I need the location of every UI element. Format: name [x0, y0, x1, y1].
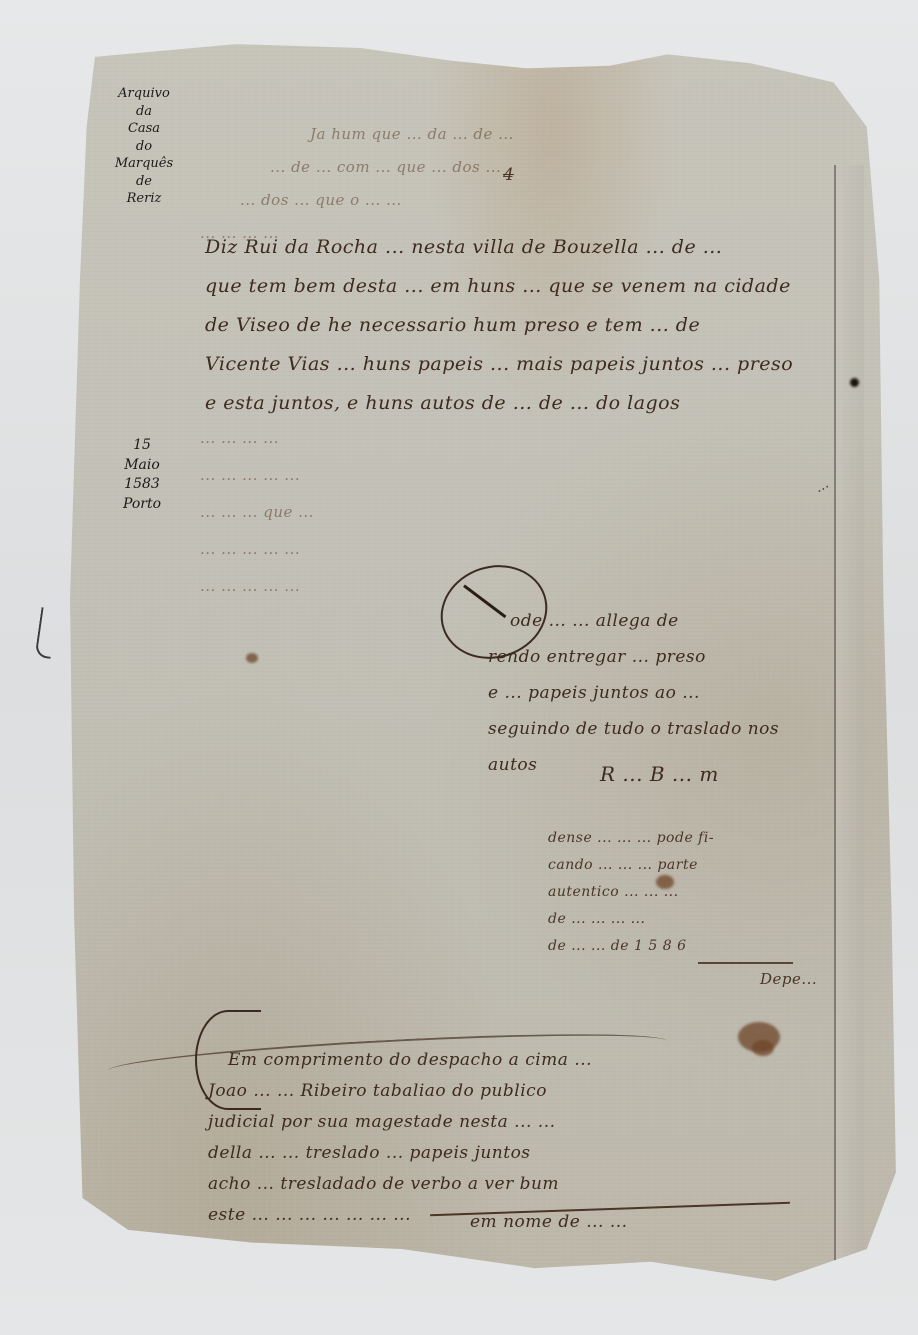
archive-label-line: da	[104, 103, 184, 121]
petition-line: e esta juntos, e huns autos de ... de ..…	[205, 384, 793, 423]
folio-number: 4	[503, 165, 514, 185]
note-text: dense ... ... ... pode fi- cando ... ...…	[548, 825, 714, 960]
place-name: Porto	[100, 495, 184, 515]
bleedthrough-line: ... ... ... ... ...	[200, 568, 314, 605]
archive-label: Arquivo da Casa do Marquês de Reriz	[104, 85, 184, 208]
archive-label-line: Reriz	[104, 190, 184, 208]
certificate-line: Joao ... ... Ribeiro tabaliao do publico	[208, 1076, 592, 1107]
date-day: 15	[100, 436, 184, 456]
certificate-signature: em nome de ... ...	[470, 1212, 628, 1232]
certificate-line: della ... ... treslado ... papeis juntos	[208, 1138, 592, 1169]
ink-stain	[246, 653, 258, 663]
bleedthrough-line: ... ... ... ... ...	[200, 457, 314, 494]
note-line: cando ... ... ... parte	[548, 852, 714, 879]
petition-line: Vicente Vias ... huns papeis ... mais pa…	[205, 345, 793, 384]
header-line: ... de ... com ... que ... dos ...	[270, 151, 514, 184]
certificate-text: Em comprimento do despacho a cima ... Jo…	[228, 1045, 592, 1231]
note-line: autentico ... ... ...	[548, 879, 714, 906]
note-line: de ... ... ... ...	[548, 906, 714, 933]
despacho-line: e ... papeis juntos ao ...	[488, 675, 779, 711]
petition-line: Diz Rui da Rocha ... nesta villa de Bouz…	[205, 228, 793, 267]
date-place-label: 15 Maio 1583 Porto	[100, 436, 184, 514]
petition-line: de Viseo de he necessario hum preso e te…	[205, 306, 793, 345]
note-signature: Depe...	[760, 970, 817, 988]
certificate-line: acho ... tresladado de verbo a ver bum	[208, 1169, 592, 1200]
archive-label-line: de	[104, 173, 184, 191]
header-line: Ja hum que ... da ... de ...	[310, 118, 514, 151]
despacho-line: seguindo de tudo o traslado nos	[488, 711, 779, 747]
certificate-line: judicial por sua magestade nesta ... ...	[208, 1107, 592, 1138]
date-month: Maio	[100, 456, 184, 476]
bleedthrough-line: ... ... ... ...	[200, 420, 314, 457]
despacho-line: ode ... ... allega de	[510, 603, 779, 639]
ink-stain	[850, 378, 859, 387]
despacho-text: ode ... ... allega de rendo entregar ...…	[510, 603, 779, 783]
note-line: de ... ... de 1 5 8 6	[548, 933, 714, 960]
paper-fold-edge	[834, 165, 864, 1265]
bleedthrough-line: ... ... ... ... ...	[200, 531, 314, 568]
archive-label-line: Marquês	[104, 155, 184, 173]
date-year: 1583	[100, 475, 184, 495]
bleedthrough-line: ... ... ... que ...	[200, 494, 314, 531]
bleedthrough-text: ... ... ... ... ... ... ... ... ... ... …	[200, 420, 314, 605]
petition-text: Diz Rui da Rocha ... nesta villa de Bouz…	[205, 228, 793, 423]
ink-stain	[752, 1040, 774, 1056]
archive-label-line: do	[104, 138, 184, 156]
note-line: dense ... ... ... pode fi-	[548, 825, 714, 852]
date-underline	[698, 962, 793, 964]
archive-label-line: Arquivo	[104, 85, 184, 103]
certificate-line: Em comprimento do despacho a cima ...	[228, 1045, 592, 1076]
archive-label-line: Casa	[104, 120, 184, 138]
despacho-signature: R ... B ... m	[600, 762, 719, 786]
header-line: ... dos ... que o ... ...	[240, 184, 514, 217]
petition-line: que tem bem desta ... em huns ... que se…	[205, 267, 793, 306]
despacho-line: rendo entregar ... preso	[488, 639, 779, 675]
